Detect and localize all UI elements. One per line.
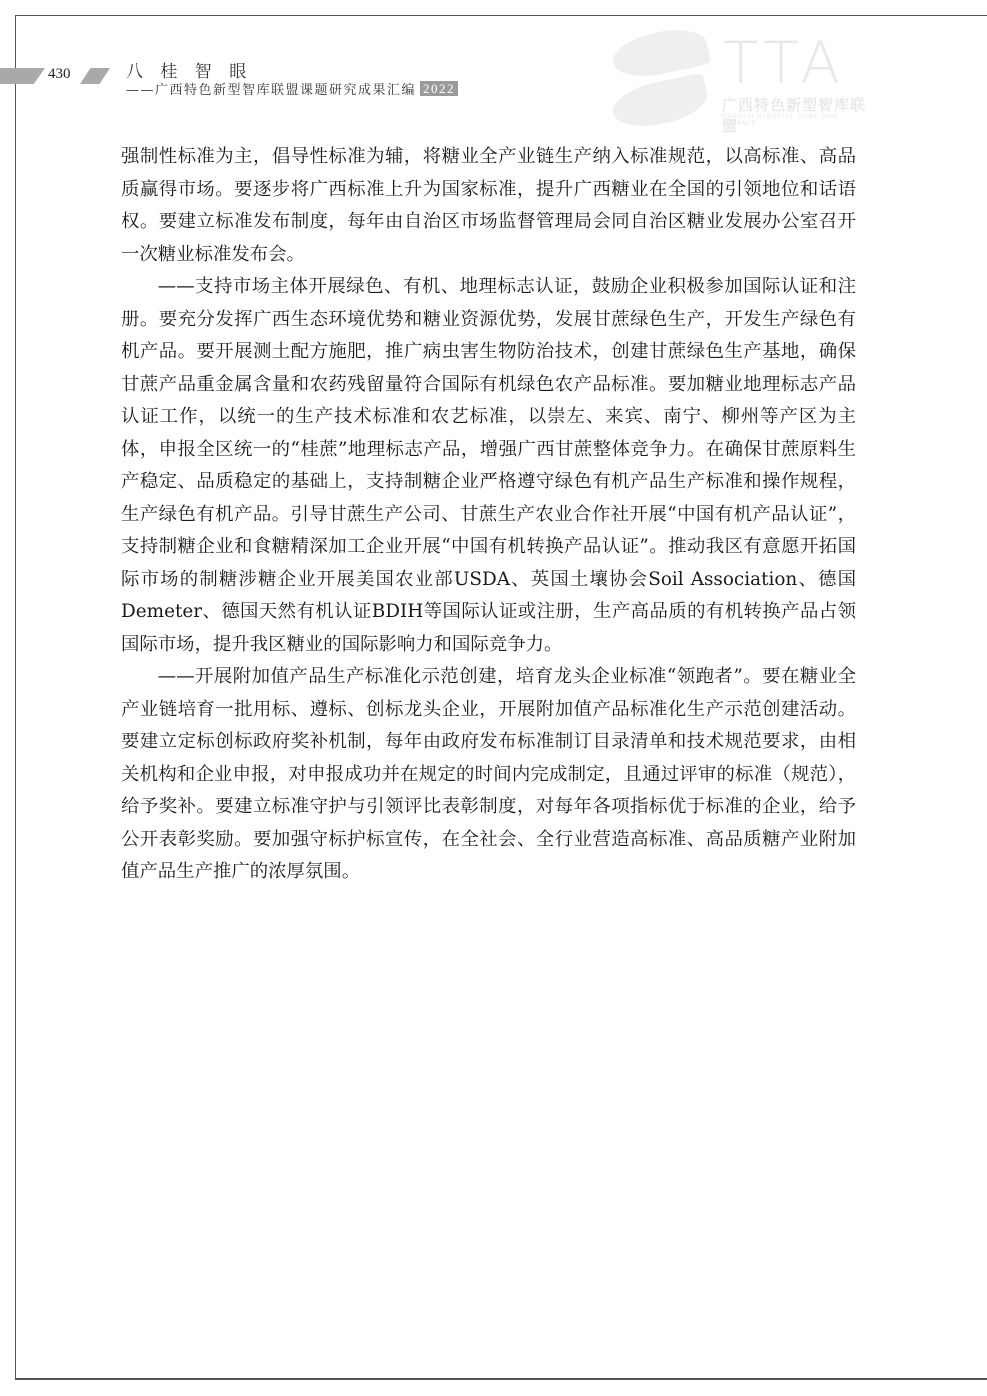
book-subtitle: ——广西特色新型智库联盟课题研究成果汇编	[126, 79, 416, 98]
body-text: 强制性标准为主，倡导性标准为辅，将糖业全产业链生产纳入标准规范，以高标准、高品质…	[121, 141, 856, 889]
paragraph: 强制性标准为主，倡导性标准为辅，将糖业全产业链生产纳入标准规范，以高标准、高品质…	[121, 141, 856, 271]
paragraph: ——开展附加值产品生产标准化示范创建，培育龙头企业标准“领跑者”。要在糖业全产业…	[121, 661, 856, 889]
alliance-logo: TTA 广西特色新型智库联盟 GUANGXI NEWSTYLE THINK TA…	[608, 28, 868, 128]
logo-mark: TTA	[723, 28, 846, 98]
paragraph: ——支持市场主体开展绿色、有机、地理标志认证，鼓励企业积极参加国际认证和注册。要…	[121, 271, 856, 661]
logo-swoosh-icon	[609, 72, 712, 133]
page-number: 430	[48, 66, 71, 83]
year-badge: 2022	[420, 81, 458, 96]
logo-name-en: GUANGXI NEWSTYLE THINK TANK ALLIANCE	[722, 113, 868, 127]
book-subtitle-row: ——广西特色新型智库联盟课题研究成果汇编 2022	[126, 79, 458, 98]
